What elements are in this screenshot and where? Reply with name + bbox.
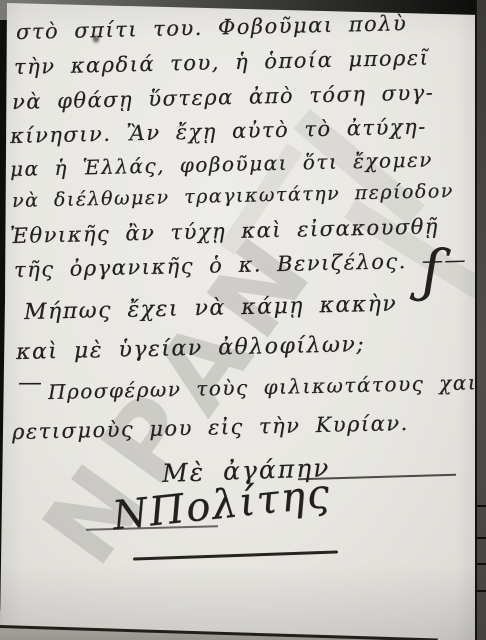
edge-tick-mark (477, 537, 486, 539)
letter-page: ΝΡΑΝ στὸ σπίτι του. Φοβοῦμαι πολὺ τὴν κα… (0, 0, 486, 640)
letter-line: Ἐθνικῆς ἂν τύχῃ καὶ εἰσακουσθῇ (10, 214, 439, 248)
letter-line: νὰ φθάσῃ ὕστερα ἀπὸ τόση συγ- (12, 80, 435, 114)
edge-tick-mark (477, 563, 486, 565)
edge-tick-mark (477, 590, 486, 592)
letter-line: Μήπως ἔχει νὰ κάμῃ κακὴν (24, 292, 398, 325)
photo-right-edge (475, 0, 486, 640)
letter-line: καὶ μὲ ὑγείαν ἀθλοφίλων; (16, 332, 366, 365)
letter-line: μα ἡ Ἑλλάς, φοβοῦμαι ὅτι ἔχομεν (10, 147, 433, 181)
ink-smudge (92, 34, 100, 44)
letter-line: ρετισμοὺς μου εἰς τὴν Κυρίαν. (12, 411, 409, 444)
handwriting-layer: στὸ σπίτι του. Φοβοῦμαι πολὺ τὴν καρδιά … (0, 0, 486, 640)
letter-line: τὴν καρδιά του, ἡ ὁποία μπορεῖ (14, 46, 430, 79)
letter-line: στὸ σπίτι του. Φοβοῦμαι πολὺ (16, 11, 408, 44)
letter-line: νὰ διέλθωμεν τραγικωτάτην περίοδον (12, 180, 454, 212)
letter-photograph: ΝΡΑΝ στὸ σπίτι του. Φοβοῦμαι πολὺ τὴν κα… (0, 0, 486, 640)
edge-tick-mark (477, 505, 486, 507)
signature-underline (133, 550, 338, 560)
letter-line: Προσφέρων τοὺς φιλικωτάτους χαι- (48, 370, 486, 404)
letter-line: τῆς ὀργανικῆς ὁ κ. Βενιζέλος. —— (14, 248, 467, 282)
paragraph-dash: — (18, 368, 42, 396)
letter-line: κίνησιν. Ἂν ἔχῃ αὐτὸ τὸ ἀτύχη- (10, 115, 427, 148)
